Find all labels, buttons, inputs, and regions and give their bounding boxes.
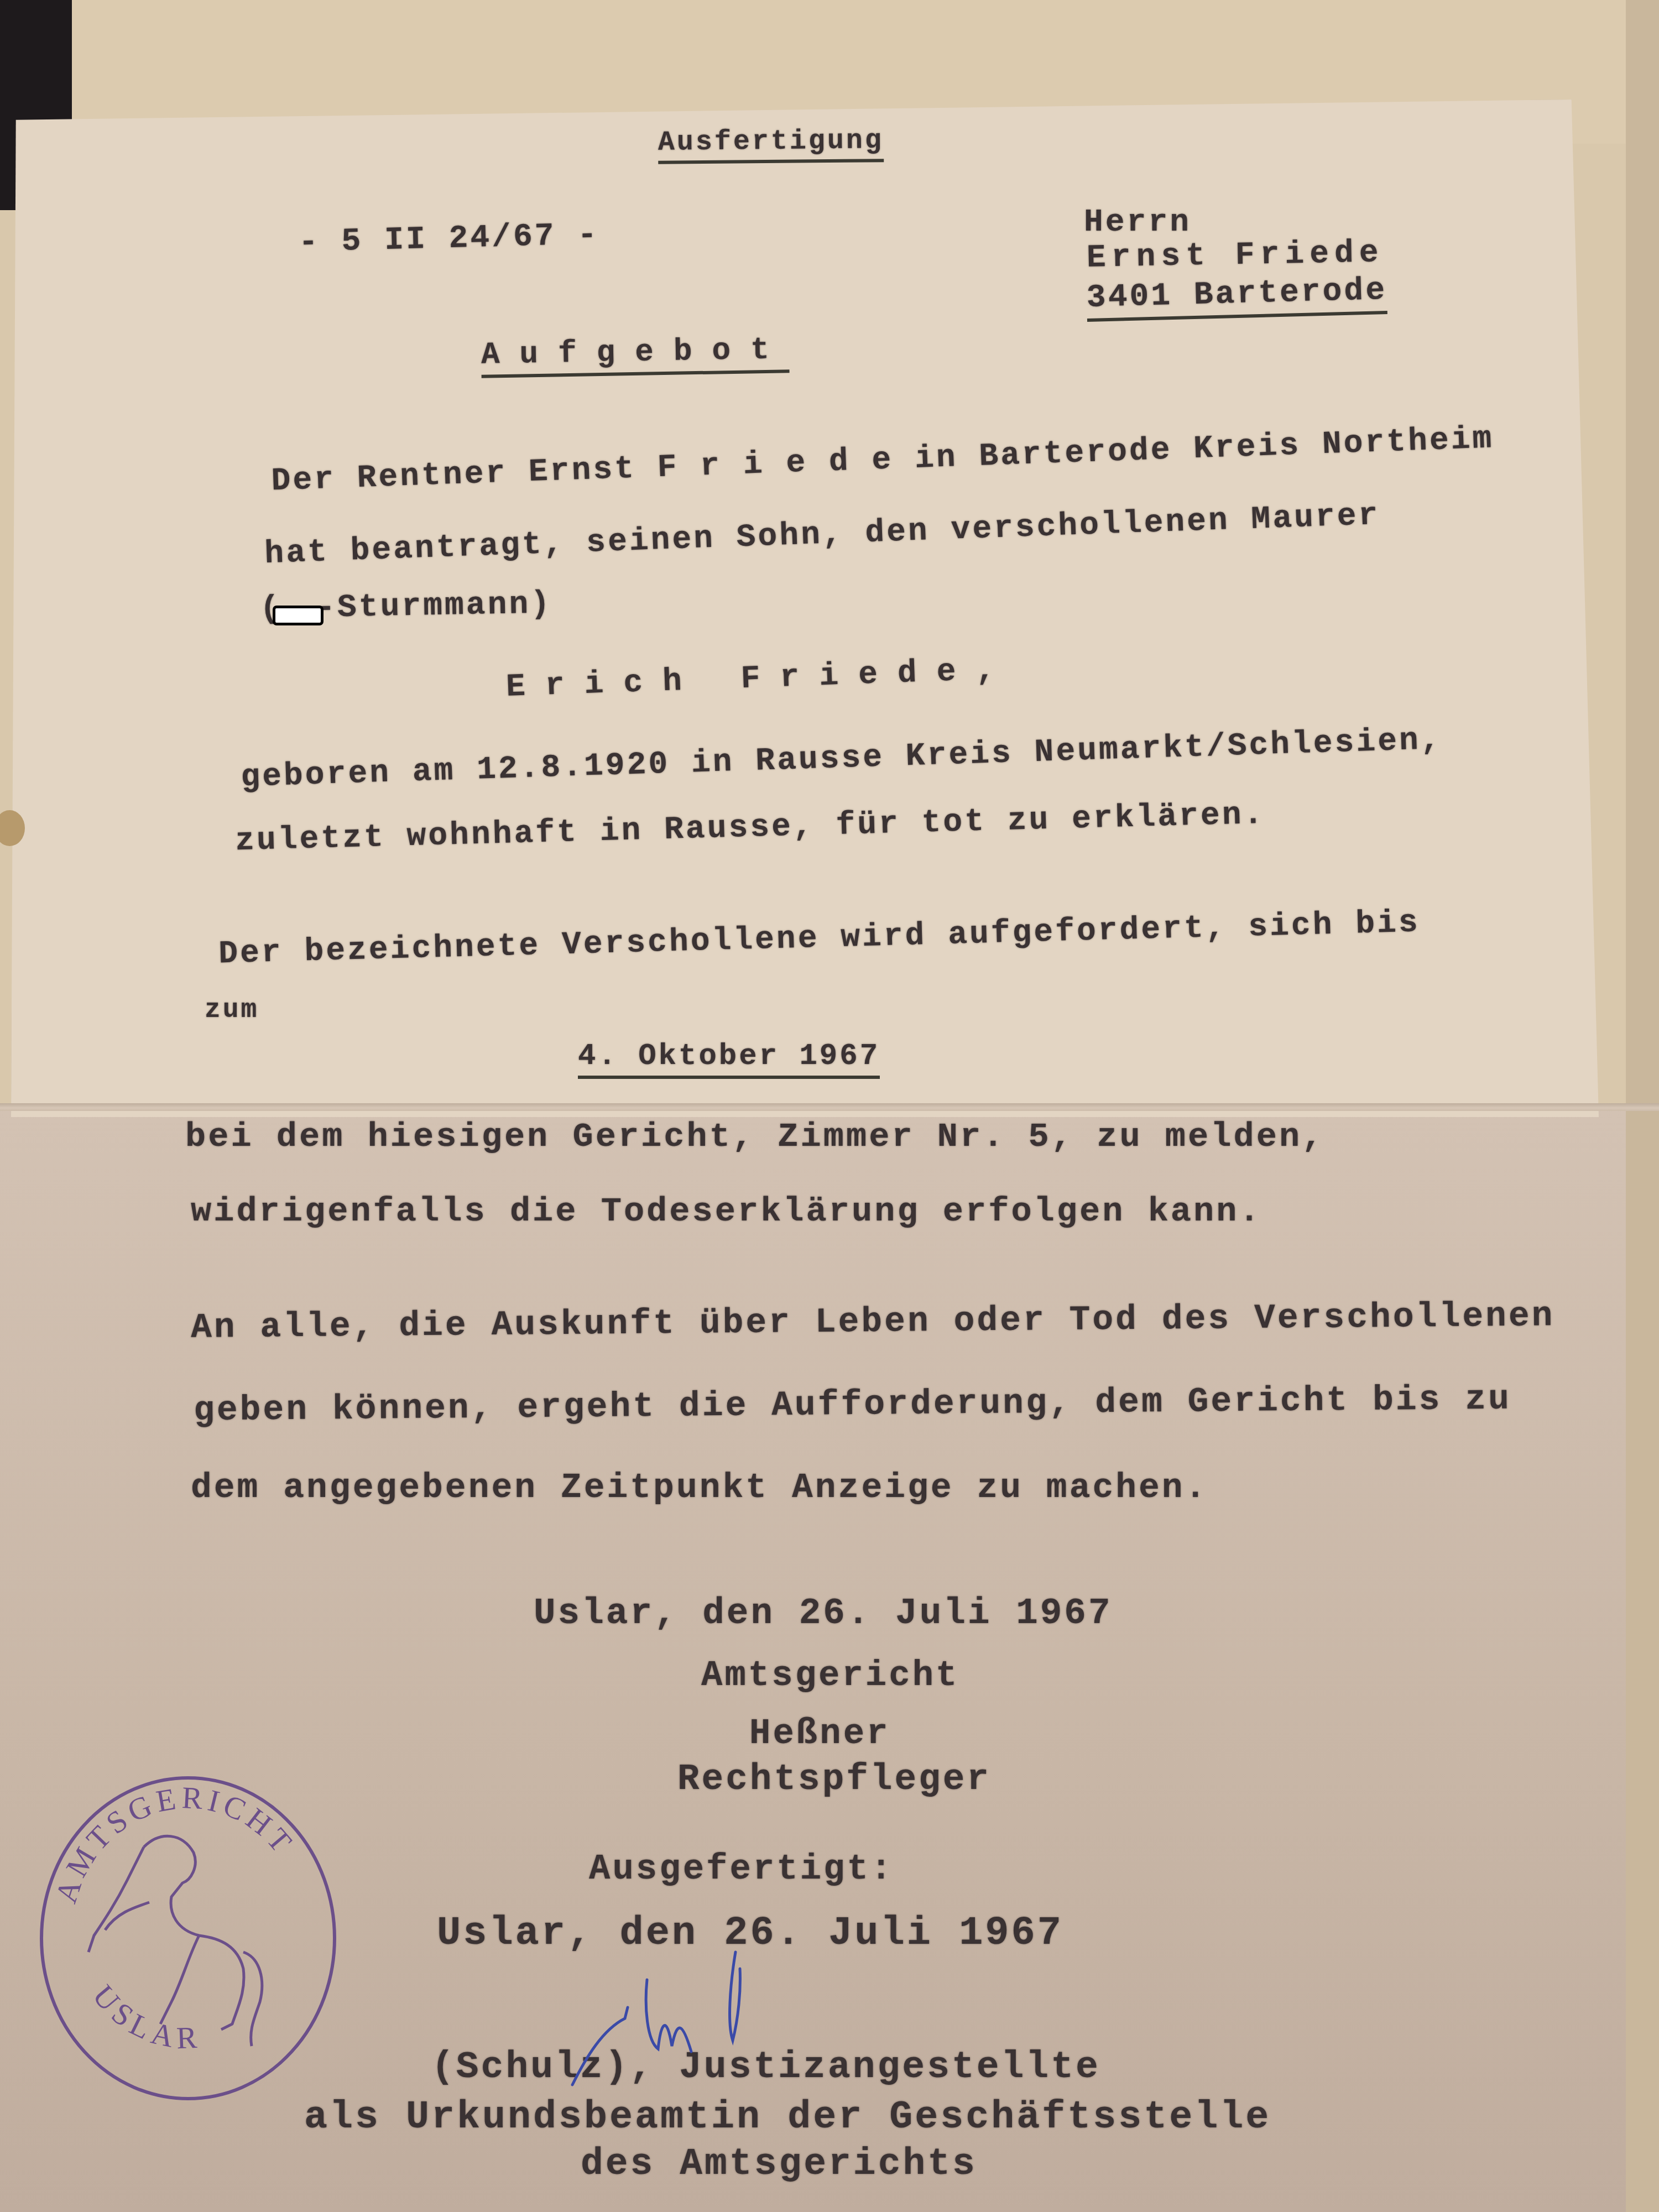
header-label: Ausfertigung bbox=[658, 125, 884, 164]
recipient-salutation: Herrn bbox=[1084, 205, 1191, 241]
fold-line bbox=[0, 1103, 1659, 1111]
document-title: Aufgebot bbox=[481, 332, 789, 378]
paragraph3-line2: zum bbox=[205, 995, 259, 1025]
clerk-role-line2: des Amtsgerichts bbox=[581, 2143, 977, 2185]
deadline-date: 4. Oktober 1967 bbox=[578, 1040, 880, 1079]
paragraph4-line2: widrigenfalls die Todeserklärung erfolge… bbox=[191, 1192, 1262, 1231]
redaction-box bbox=[273, 606, 324, 625]
handwritten-signature bbox=[564, 1947, 951, 2090]
court-name: Amtsgericht bbox=[701, 1656, 959, 1696]
svg-text:USLAR: USLAR bbox=[86, 1979, 204, 2056]
clerk-role-line1: als Urkundsbeamtin der Geschäftsstelle bbox=[304, 2096, 1271, 2140]
recipient-name: Ernst Friede bbox=[1086, 235, 1384, 276]
official-name: Heßner bbox=[749, 1714, 890, 1754]
place-date: Uslar, den 26. Juli 1967 bbox=[534, 1593, 1113, 1634]
court-stamp: AMTSGERICHT USLAR bbox=[33, 1770, 343, 2107]
paragraph4-line1: bei dem hiesigen Gericht, Zimmer Nr. 5, … bbox=[185, 1117, 1324, 1156]
recipient-city: 3401 Barterode bbox=[1086, 273, 1387, 322]
paragraph5-line3: dem angegebenen Zeitpunkt Anzeige zu mac… bbox=[191, 1468, 1208, 1507]
official-title: Rechtspfleger bbox=[677, 1759, 991, 1800]
certification-label: Ausgefertigt: bbox=[589, 1850, 894, 1890]
